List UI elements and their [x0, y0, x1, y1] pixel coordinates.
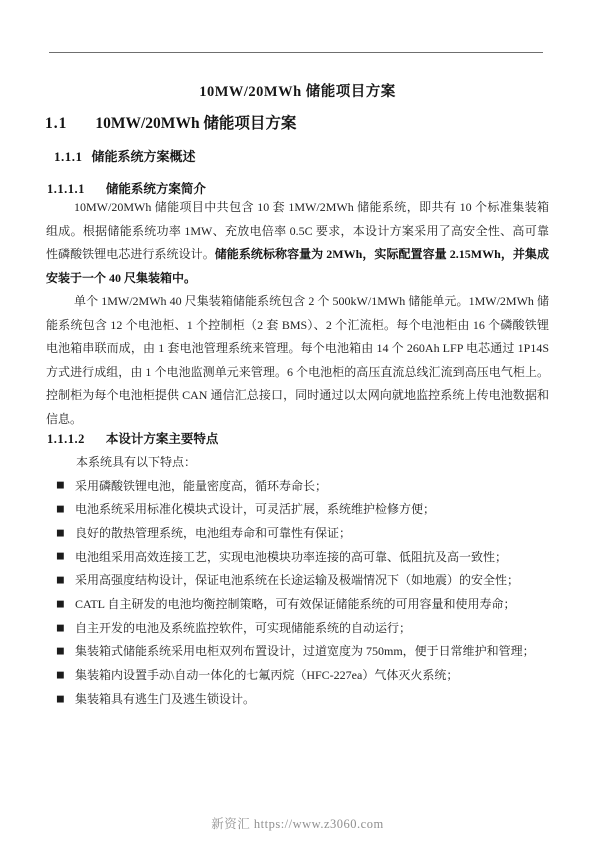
bullet-square-icon: ■ [56, 695, 65, 704]
feature-text: 集装箱内设置手动\自动一体化的七氟丙烷（HFC-227ea）气体灭火系统； [75, 668, 458, 682]
section-1-1-1-title: 储能系统方案概述 [92, 149, 196, 164]
bullet-square-icon: ■ [56, 482, 65, 491]
section-1-1-1-2-number: 1.1.1.2 [47, 432, 85, 447]
feature-text: 集装箱具有逃生门及逃生锁设计。 [75, 692, 255, 706]
section-1-1-1-2-heading: 1.1.1.2本设计方案主要特点 [47, 429, 549, 447]
section-1-1-title: 10MW/20MWh 储能项目方案 [95, 115, 296, 132]
body-paragraph-2: 单个 1MW/2MWh 40 尺集装箱储能系统包含 2 个 500kW/1MWh… [46, 290, 549, 431]
feature-text: CATL 自主研发的电池均衡控制策略，可有效保证储能系统的可用容量和使用寿命； [75, 597, 516, 611]
feature-item: ■ 集装箱式储能系统采用电柜双列布置设计，过道宽度为 750mm，便于日常维护和… [46, 640, 549, 664]
body-text-block: 10MW/20MWh 储能项目中共包含 10 套 1MW/2MWh 储能系统，即… [46, 196, 549, 431]
header-rule [49, 52, 543, 53]
document-page: 10MW/20MWh 储能项目方案 1.110MW/20MWh 储能项目方案 1… [0, 0, 596, 842]
features-block: 本系统具有以下特点： ■ 采用磷酸铁锂电池，能量密度高，循环寿命长； ■ 电池系… [46, 451, 549, 712]
features-list: ■ 采用磷酸铁锂电池，能量密度高，循环寿命长； ■ 电池系统采用标准化模块式设计… [46, 475, 549, 712]
feature-text: 良好的散热管理系统，电池组寿命和可靠性有保证； [75, 526, 351, 540]
body-paragraph-1: 10MW/20MWh 储能项目中共包含 10 套 1MW/2MWh 储能系统，即… [46, 196, 549, 290]
feature-text: 采用磷酸铁锂电池，能量密度高，循环寿命长； [75, 479, 327, 493]
bullet-square-icon: ■ [56, 648, 65, 657]
section-1-1-1-2-title: 本设计方案主要特点 [106, 432, 219, 446]
section-1-1-1-number: 1.1.1 [54, 149, 83, 165]
section-1-1-1-1-heading: 1.1.1.1储能系统方案简介 [47, 179, 549, 197]
bullet-square-icon: ■ [56, 553, 65, 562]
feature-text: 集装箱式储能系统采用电柜双列布置设计，过道宽度为 750mm，便于日常维护和管理… [75, 644, 535, 658]
feature-item: ■ 集装箱内设置手动\自动一体化的七氟丙烷（HFC-227ea）气体灭火系统； [46, 664, 549, 688]
footer-watermark: 新资汇 https://www.z3060.com [46, 814, 549, 832]
feature-item: ■ 集装箱具有逃生门及逃生锁设计。 [46, 688, 549, 712]
features-intro: 本系统具有以下特点： [46, 451, 549, 475]
bullet-square-icon: ■ [56, 600, 65, 609]
feature-item: ■ 电池系统采用标准化模块式设计，可灵活扩展，系统维护检修方便； [46, 498, 549, 522]
feature-item: ■ 良好的散热管理系统，电池组寿命和可靠性有保证； [46, 522, 549, 546]
bullet-square-icon: ■ [56, 671, 65, 680]
section-1-1-1-1-number: 1.1.1.1 [47, 182, 85, 197]
bullet-square-icon: ■ [56, 529, 65, 538]
feature-item: ■ 采用磷酸铁锂电池，能量密度高，循环寿命长； [46, 475, 549, 499]
section-1-1-1-heading: 1.1.1储能系统方案概述 [54, 146, 549, 165]
feature-item: ■ 自主开发的电池及系统监控软件，可实现储能系统的自动运行； [46, 617, 549, 641]
section-1-1-1-1-title: 储能系统方案简介 [106, 182, 206, 196]
feature-item: ■ CATL 自主研发的电池均衡控制策略，可有效保证储能系统的可用容量和使用寿命… [46, 593, 549, 617]
bullet-square-icon: ■ [56, 506, 65, 515]
section-1-1-number: 1.1 [45, 115, 67, 133]
feature-item: ■ 电池组采用高效连接工艺，实现电池模块功率连接的高可靠、低阻抗及高一致性； [46, 546, 549, 570]
section-1-1-heading: 1.110MW/20MWh 储能项目方案 [45, 111, 549, 133]
feature-text: 电池系统采用标准化模块式设计，可灵活扩展，系统维护检修方便； [75, 502, 435, 516]
feature-text: 自主开发的电池及系统监控软件，可实现储能系统的自动运行； [75, 621, 411, 635]
document-title: 10MW/20MWh 储能项目方案 [46, 80, 549, 101]
feature-text: 电池组采用高效连接工艺，实现电池模块功率连接的高可靠、低阻抗及高一致性； [75, 550, 507, 564]
bullet-square-icon: ■ [56, 624, 65, 633]
bullet-square-icon: ■ [56, 577, 65, 586]
feature-item: ■ 采用高强度结构设计，保证电池系统在长途运输及极端情况下（如地震）的安全性； [46, 569, 549, 593]
feature-text: 采用高强度结构设计，保证电池系统在长途运输及极端情况下（如地震）的安全性； [75, 573, 519, 587]
